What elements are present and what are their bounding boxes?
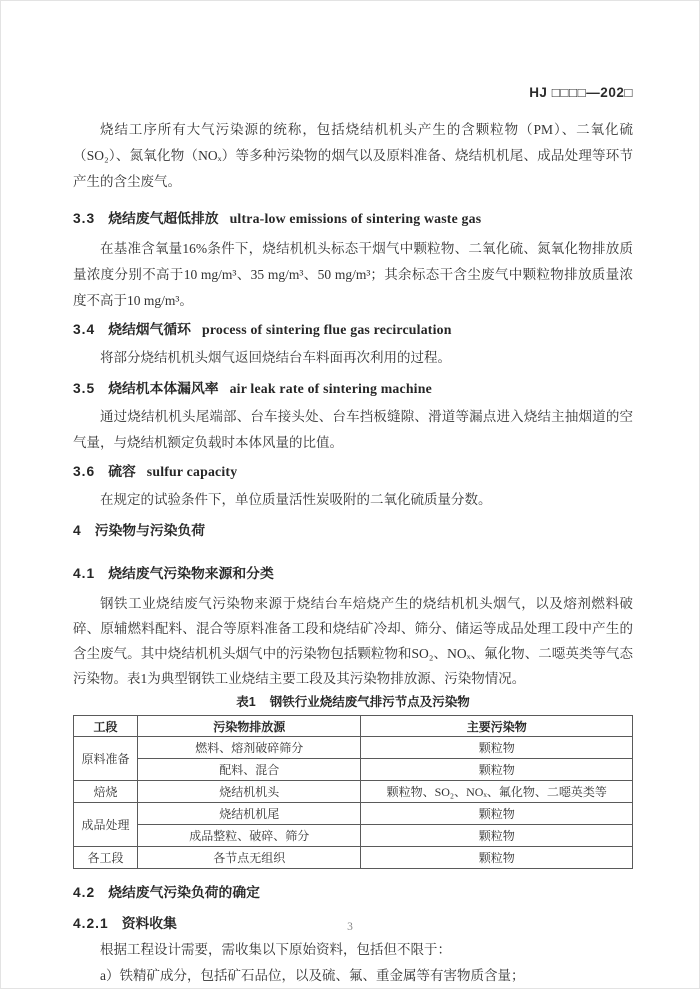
section-number: 3.3 (73, 211, 95, 226)
section-title-zh: 污染物与污染负荷 (95, 523, 205, 538)
section-title-en: ultra-low emissions of sintering waste g… (230, 211, 482, 226)
column-header-stage: 工段 (74, 716, 138, 737)
table-caption: 表1钢铁行业烧结废气排污节点及污染物 (73, 693, 633, 711)
column-header-pollutants: 主要污染物 (361, 716, 633, 737)
paragraph-term-definition: 烧结工序所有大气污染源的统称，包括烧结机机头产生的含颗粒物（PM）、二氧化硫（S… (73, 117, 633, 195)
heading-3-4: 3.4烧结烟气循环process of sintering flue gas r… (73, 320, 633, 339)
paragraph-4-1: 钢铁工业烧结废气污染物来源于烧结台车焙烧产生的烧结机机头烟气，以及熔剂燃料破碎、… (73, 591, 633, 691)
cell-pollutants: 颗粒物 (361, 737, 633, 759)
cell-pollutants: 颗粒物、SO₂、NOₓ、氟化物、二噁英类等 (361, 781, 633, 803)
pollutants-table: 工段 污染物排放源 主要污染物 原料准备 燃料、熔剂破碎筛分 颗粒物 配料、混合… (73, 715, 633, 869)
cell-source: 烧结机机头 (137, 781, 361, 803)
cell-source: 燃料、熔剂破碎筛分 (137, 737, 361, 759)
paragraph-3-5: 通过烧结机机头尾端部、台车接头处、台车挡板缝隙、滑道等漏点进入烧结主抽烟道的空气… (73, 404, 633, 456)
paragraph-3-3: 在基准含氧量16%条件下，烧结机机头标态干烟气中颗粒物、二氧化硫、氮氧化物排放质… (73, 236, 633, 314)
document-page: HJ □□□□—202□ 烧结工序所有大气污染源的统称，包括烧结机机头产生的含颗… (0, 0, 700, 989)
cell-pollutants: 颗粒物 (361, 759, 633, 781)
cell-source: 各节点无组织 (137, 847, 361, 869)
cell-stage: 各工段 (74, 847, 138, 869)
section-title-zh: 烧结废气污染物来源和分类 (108, 566, 274, 581)
section-number: 3.5 (73, 381, 95, 396)
cell-stage: 原料准备 (74, 737, 138, 781)
section-title-en: air leak rate of sintering machine (230, 381, 432, 396)
cell-pollutants: 颗粒物 (361, 847, 633, 869)
heading-4-2: 4.2烧结废气污染负荷的确定 (73, 883, 633, 902)
page-content: HJ □□□□—202□ 烧结工序所有大气污染源的统称，包括烧结机机头产生的含颗… (73, 85, 633, 989)
cell-stage: 焙烧 (74, 781, 138, 803)
section-number: 4.2 (73, 885, 95, 900)
section-title-en: sulfur capacity (147, 464, 238, 479)
table-row: 成品整粒、破碎、筛分 颗粒物 (74, 825, 633, 847)
table-row: 配料、混合 颗粒物 (74, 759, 633, 781)
paragraph-4-2-1: 根据工程设计需要，需收集以下原始资料，包括但不限于： (73, 937, 633, 963)
section-title-zh: 烧结机本体漏风率 (108, 381, 218, 396)
list-item-a: a）铁精矿成分，包括矿石品位，以及硫、氟、重金属等有害物质含量； (73, 963, 633, 989)
table-row: 原料准备 燃料、熔剂破碎筛分 颗粒物 (74, 737, 633, 759)
heading-4: 4污染物与污染负荷 (73, 521, 633, 540)
cell-stage: 成品处理 (74, 803, 138, 847)
table-row: 焙烧 烧结机机头 颗粒物、SO₂、NOₓ、氟化物、二噁英类等 (74, 781, 633, 803)
table-row: 各工段 各节点无组织 颗粒物 (74, 847, 633, 869)
standard-code-header: HJ □□□□—202□ (73, 85, 633, 101)
section-number: 3.4 (73, 322, 95, 337)
heading-3-5: 3.5烧结机本体漏风率air leak rate of sintering ma… (73, 379, 633, 398)
cell-source: 烧结机机尾 (137, 803, 361, 825)
section-title-zh: 硫容 (108, 464, 136, 479)
heading-3-3: 3.3烧结废气超低排放ultra-low emissions of sinter… (73, 209, 633, 228)
table-header-row: 工段 污染物排放源 主要污染物 (74, 716, 633, 737)
section-title-en: process of sintering flue gas recirculat… (202, 322, 452, 337)
section-number: 4.1 (73, 566, 95, 581)
heading-4-1: 4.1烧结废气污染物来源和分类 (73, 564, 633, 583)
section-title-zh: 烧结废气超低排放 (108, 211, 218, 226)
cell-source: 成品整粒、破碎、筛分 (137, 825, 361, 847)
paragraph-3-4: 将部分烧结机机头烟气返回烧结台车料面再次利用的过程。 (73, 345, 633, 371)
section-title-zh: 烧结废气污染负荷的确定 (108, 885, 260, 900)
heading-3-6: 3.6硫容sulfur capacity (73, 462, 633, 481)
column-header-source: 污染物排放源 (137, 716, 361, 737)
section-number: 3.6 (73, 464, 95, 479)
page-number: 3 (1, 921, 699, 933)
table-row: 成品处理 烧结机机尾 颗粒物 (74, 803, 633, 825)
section-number: 4 (73, 523, 82, 538)
table-caption-title: 钢铁行业烧结废气排污节点及污染物 (270, 695, 470, 709)
cell-source: 配料、混合 (137, 759, 361, 781)
cell-pollutants: 颗粒物 (361, 825, 633, 847)
cell-pollutants: 颗粒物 (361, 803, 633, 825)
table-caption-label: 表1 (236, 695, 255, 709)
section-title-zh: 烧结烟气循环 (108, 322, 191, 337)
paragraph-3-6: 在规定的试验条件下，单位质量活性炭吸附的二氧化硫质量分数。 (73, 487, 633, 513)
